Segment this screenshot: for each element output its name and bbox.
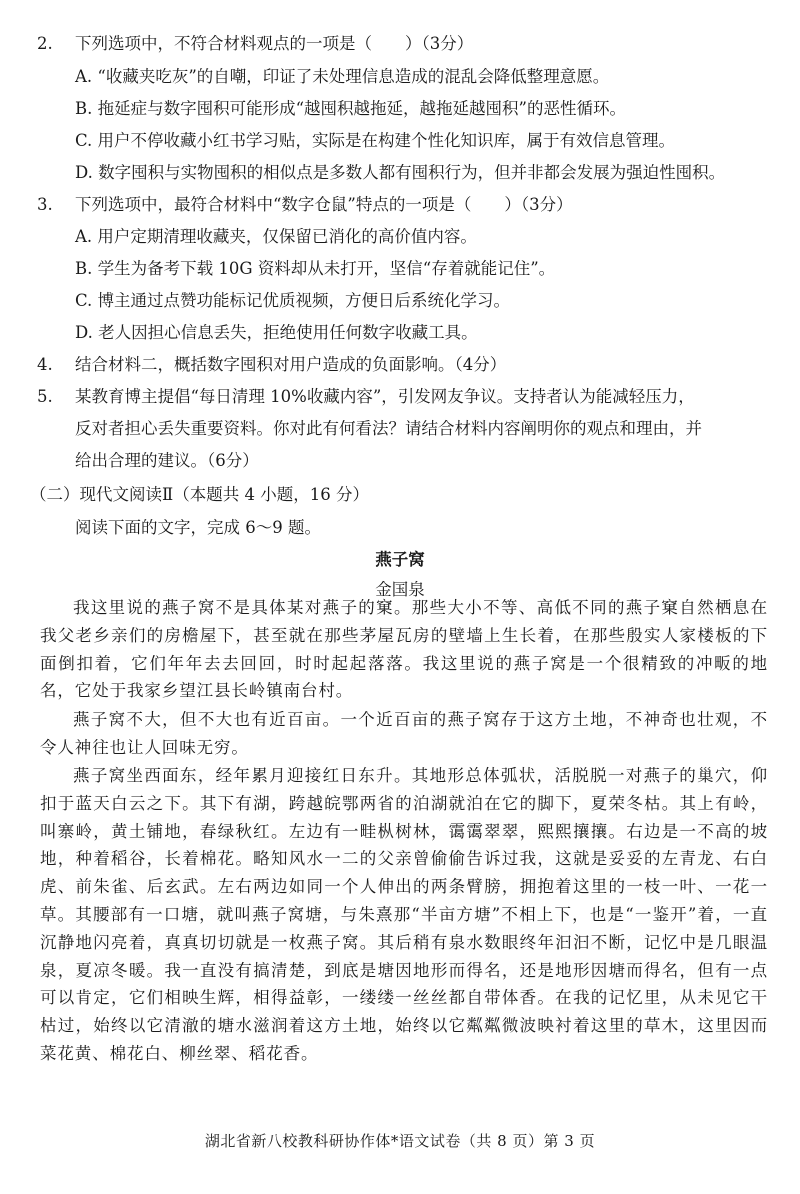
question-text: 下列选项中，不符合材料观点的一项是（ ）（3分） (75, 34, 473, 53)
question-5: 5.某教育博主提倡“每日清理 10%收藏内容”，引发网友争议。支持者认为能减轻压… (0, 387, 695, 407)
option-3c: C. 博主通过点赞功能标记优质视频，方便日后系统化学习。 (75, 291, 510, 311)
section-heading: （二）现代文阅读Ⅱ（本题共 4 小题，16 分） (30, 485, 369, 505)
question-number: 5. (37, 387, 75, 407)
question-5-line-2: 反对者担心丢失重要资料。你对此有何看法？请结合材料内容阐明你的观点和理由，并 (75, 419, 702, 439)
section-instruction: 阅读下面的文字，完成 6～9 题。 (75, 518, 321, 538)
question-text: 下列选项中，最符合材料中“数字仓鼠”特点的一项是（ ）（3分） (75, 195, 573, 214)
option-3d: D. 老人因担心信息丢失，拒绝使用任何数字收藏工具。 (75, 323, 478, 343)
question-5-line-3: 给出合理的建议。（6分） (75, 451, 259, 471)
question-text: 结合材料二，概括数字囤积对用户造成的负面影响。（4分） (75, 355, 506, 374)
article-paragraph-3: 燕子窝坐西面东，经年累月迎接红日东升。其地形总体弧状，活脱脱一对燕子的巢穴，仰扣… (40, 762, 768, 1068)
option-2b: B. 拖延症与数字囤积可能形成“越囤积越拖延，越拖延越囤积”的恶性循环。 (75, 99, 626, 119)
article-paragraph-1: 我这里说的燕子窝不是具体某对燕子的窠。那些大小不等、高低不同的燕子窠自然栖息在我… (40, 594, 768, 705)
option-2d: D. 数字囤积与实物囤积的相似点是多数人都有囤积行为，但并非都会发展为强迫性囤积… (75, 163, 725, 183)
article-paragraph-2: 燕子窝不大，但不大也有近百亩。一个近百亩的燕子窝存于这方土地，不神奇也壮观，不令… (40, 706, 768, 762)
page-footer: 湖北省新八校教科研协作体*语文试卷（共 8 页）第 3 页 (0, 1130, 800, 1151)
question-number: 3. (37, 195, 75, 215)
question-number: 2. (37, 34, 75, 54)
option-2c: C. 用户不停收藏小红书学习贴，实际是在构建个性化知识库，属于有效信息管理。 (75, 131, 675, 151)
question-number: 4. (37, 355, 75, 375)
question-text-line-1: 某教育博主提倡“每日清理 10%收藏内容”，引发网友争议。支持者认为能减轻压力， (75, 387, 695, 406)
article-title: 燕子窝 (0, 550, 800, 570)
question-3: 3.下列选项中，最符合材料中“数字仓鼠”特点的一项是（ ）（3分） (0, 195, 573, 215)
question-4: 4.结合材料二，概括数字囤积对用户造成的负面影响。（4分） (0, 355, 506, 375)
option-3b: B. 学生为备考下载 10G 资料却从未打开，坚信“存着就能记住”。 (75, 259, 555, 279)
option-2a: A. “收藏夹吃灰”的自嘲，印证了未处理信息造成的混乱会降低整理意愿。 (75, 67, 609, 87)
option-3a: A. 用户定期清理收藏夹，仅保留已消化的高价值内容。 (75, 227, 477, 247)
question-2: 2.下列选项中，不符合材料观点的一项是（ ）（3分） (0, 34, 473, 54)
